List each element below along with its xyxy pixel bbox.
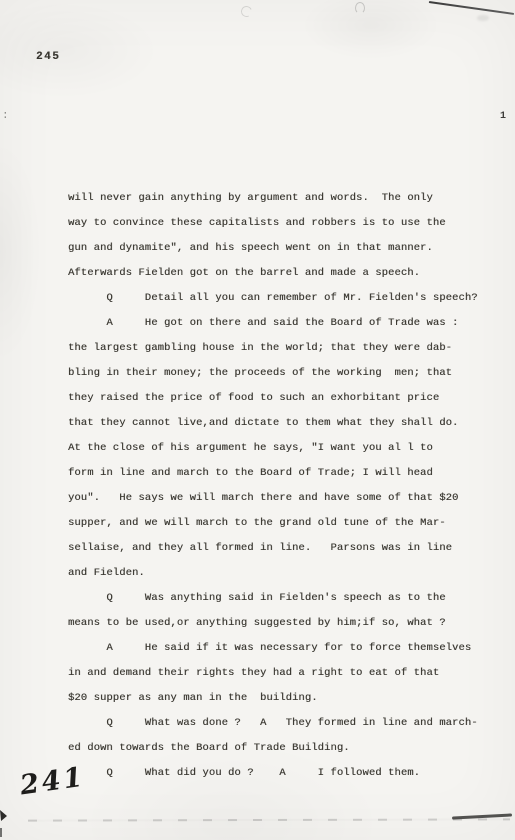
transcript-body: will never gain anything by argument and… xyxy=(68,186,488,786)
transcript-line: gun and dynamite", and his speech went o… xyxy=(68,236,488,261)
transcript-line: sellaise, and they all formed in line. P… xyxy=(68,536,488,561)
transcript-line: in and demand their rights they had a ri… xyxy=(68,661,488,686)
transcript-line: ed down towards the Board of Trade Build… xyxy=(68,736,488,761)
handwritten-page-number: 241 xyxy=(18,762,87,802)
transcript-line-question: Q Detail all you can remember of Mr. Fie… xyxy=(68,286,488,311)
transcript-line: you". He says we will march there and ha… xyxy=(68,486,488,511)
transcript-line: the largest gambling house in the world;… xyxy=(68,336,488,361)
transcript-line: they raised the price of food to such an… xyxy=(68,386,488,411)
transcript-line-answer: A He said if it was necessary for to for… xyxy=(68,636,488,661)
transcript-line-question: Q Was anything said in Fielden's speech … xyxy=(68,586,488,611)
transcript-line: that they cannot live,and dictate to the… xyxy=(68,411,488,436)
transcript-line-answer: A He got on there and said the Board of … xyxy=(68,311,488,336)
scan-noise-smudge xyxy=(355,2,365,14)
transcript-line: means to be used,or anything suggested b… xyxy=(68,611,488,636)
scan-noise-smudge xyxy=(239,4,253,18)
transcript-line: and Fielden. xyxy=(68,561,488,586)
typed-page-number: 245 xyxy=(36,51,60,63)
transcript-line: $20 supper as any man in the building. xyxy=(68,686,488,711)
left-margin-mark: : xyxy=(2,110,9,122)
pencil-corner-line xyxy=(429,1,514,15)
transcript-line: supper, and we will march to the grand o… xyxy=(68,511,488,536)
transcript-line-question: Q What was done ? A They formed in line … xyxy=(68,711,488,736)
transcript-line: will never gain anything by argument and… xyxy=(68,186,488,211)
scanned-transcript-page: 245 : 1 will never gain anything by argu… xyxy=(0,0,515,840)
transcript-line: Afterwards Fielden got on the barrel and… xyxy=(68,261,488,286)
paper-crease-line xyxy=(28,818,510,821)
left-edge-mark xyxy=(0,810,7,821)
transcript-line-question: Q What did you do ? A I followed them. xyxy=(68,761,488,786)
transcript-line: bling in their money; the proceeds of th… xyxy=(68,361,488,386)
transcript-line: At the close of his argument he says, "I… xyxy=(68,436,488,461)
transcript-line: form in line and march to the Board of T… xyxy=(68,461,488,486)
right-margin-numeral: 1 xyxy=(500,111,506,122)
transcript-line: way to convince these capitalists and ro… xyxy=(68,211,488,236)
scan-noise-smudge xyxy=(477,15,489,21)
left-edge-dash-mark xyxy=(0,828,2,837)
